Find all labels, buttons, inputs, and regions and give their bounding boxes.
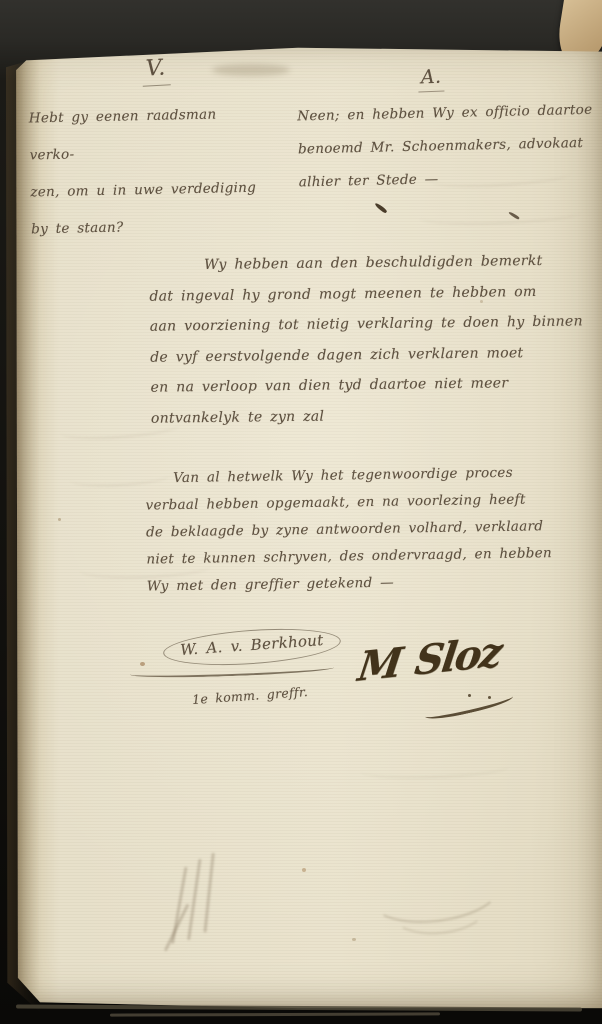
ink-dot (488, 696, 491, 699)
stain-speck (58, 518, 61, 521)
notice-line: Wy hebben aan den beschuldigden bemerkt (149, 245, 591, 281)
closing-paragraph: Van al hetwelk Wy het tegenwoordige proc… (145, 458, 595, 600)
bleedthrough-smudge (212, 64, 290, 76)
answer-line: benoemd Mr. Schoenmakers, advokaat (298, 127, 601, 167)
stain-speck (302, 868, 306, 872)
notice-line: aan voorziening tot nietig verklaring te… (150, 306, 592, 342)
ink-dot (468, 694, 471, 697)
question-paragraph: Hebt gy eenen raadsman verko- zen, om u … (28, 96, 263, 249)
manuscript-scan: V. A. Hebt gy eenen raadsman verko- zen,… (0, 0, 602, 1024)
stain-speck (140, 662, 145, 666)
question-line: zen, om u in uwe verdediging (30, 170, 263, 212)
stain-speck (352, 938, 356, 941)
notice-line: ontvankelyk te zyn zal (151, 398, 593, 434)
page-stack-edge (110, 1012, 440, 1016)
question-column-mark: V. (141, 55, 170, 86)
answer-column-mark: A. (418, 66, 445, 93)
question-line: by te staan? (31, 207, 264, 249)
notice-paragraph: Wy hebben aan den beschuldigden bemerkt … (149, 245, 593, 433)
question-line: Hebt gy eenen raadsman verko- (28, 96, 261, 175)
stain-speck (480, 300, 483, 303)
